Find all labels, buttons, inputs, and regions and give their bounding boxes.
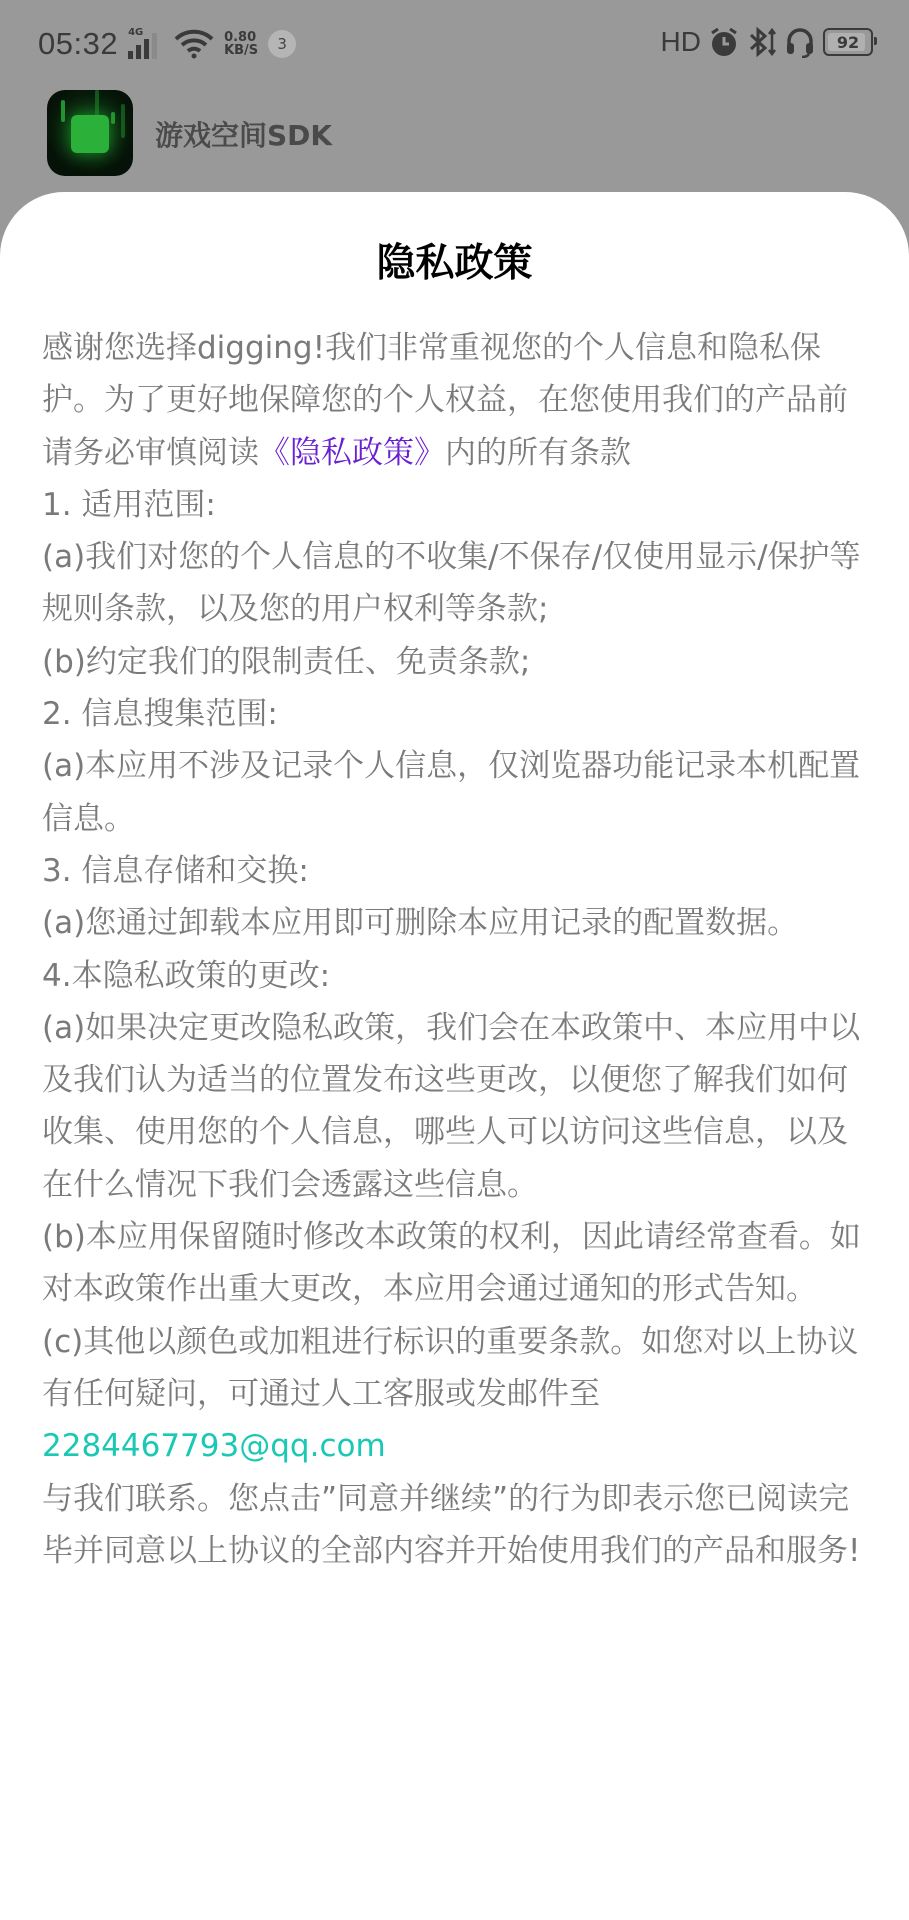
app-header: 游戏空间SDK [0,70,909,192]
hd-indicator: HD [661,26,701,58]
app-name: 游戏空间SDK [155,114,332,154]
contact-email-link[interactable]: 2284467793@qq.com [42,1420,875,1472]
section-3-title: 3. 信息存储和交换: [42,845,875,897]
network-speed: 0.80 KB/S [224,31,258,57]
speed-unit: KB/S [224,44,258,57]
network-type: 4G [128,27,143,38]
read-notice: 请务必审慎阅读《隐私政策》内的所有条款 [42,427,875,479]
section-3-a: (a)您通过卸载本应用即可删除本应用记录的配置数据。 [42,897,875,949]
section-1-a: (a)我们对您的个人信息的不收集/不保存/仅使用显示/保护等规则条款，以及您的用… [42,531,875,636]
status-left: 05:32 4G 0.80 KB/S 3 [38,26,296,62]
dialog-title: 隐私政策 [0,232,909,288]
status-right: HD 92 [661,26,873,58]
battery-icon: 92 [823,28,873,56]
green-cube-app-icon [47,90,133,176]
section-2-a: (a)本应用不涉及记录个人信息，仅浏览器功能记录本机配置信息。 [42,740,875,845]
signal-icon: 4G [128,29,164,59]
privacy-policy-dialog[interactable]: 隐私政策 感谢您选择digging!我们非常重视您的个人信息和隐私保护。为了更好… [0,192,909,1920]
section-1-b: (b)约定我们的限制责任、免责条款; [42,636,875,688]
headset-icon [785,26,815,58]
section-1-title: 1. 适用范围: [42,479,875,531]
read-prefix: 请务必审慎阅读 [42,435,259,471]
closing-paragraph: 与我们联系。您点击”同意并继续”的行为即表示您已阅读完毕并同意以上协议的全部内容… [42,1473,875,1578]
policy-content[interactable]: 感谢您选择digging!我们非常重视您的个人信息和隐私保护。为了更好地保障您的… [42,322,875,1577]
read-suffix: 内的所有条款 [445,435,631,471]
battery-level: 92 [837,33,859,52]
section-4-c: (c)其他以颜色或加粗进行标识的重要条款。如您对以上协议有任何疑问，可通过人工客… [42,1316,875,1421]
section-4-a: (a)如果决定更改隐私政策，我们会在本政策中、本应用中以及我们认为适当的位置发布… [42,1002,875,1211]
intro-paragraph: 感谢您选择digging!我们非常重视您的个人信息和隐私保护。为了更好地保障您的… [42,322,875,427]
section-2-title: 2. 信息搜集范围: [42,688,875,740]
privacy-policy-link[interactable]: 《隐私政策》 [259,435,445,471]
section-4-title: 4.本隐私政策的更改: [42,950,875,1002]
notification-count-badge: 3 [268,30,296,58]
clock: 05:32 [38,26,118,62]
alarm-icon [709,26,739,58]
wifi-icon [174,29,214,59]
bluetooth-icon [747,26,777,58]
section-4-b: (b)本应用保留随时修改本政策的权利，因此请经常查看。如对本政策作出重大更改，本… [42,1211,875,1316]
